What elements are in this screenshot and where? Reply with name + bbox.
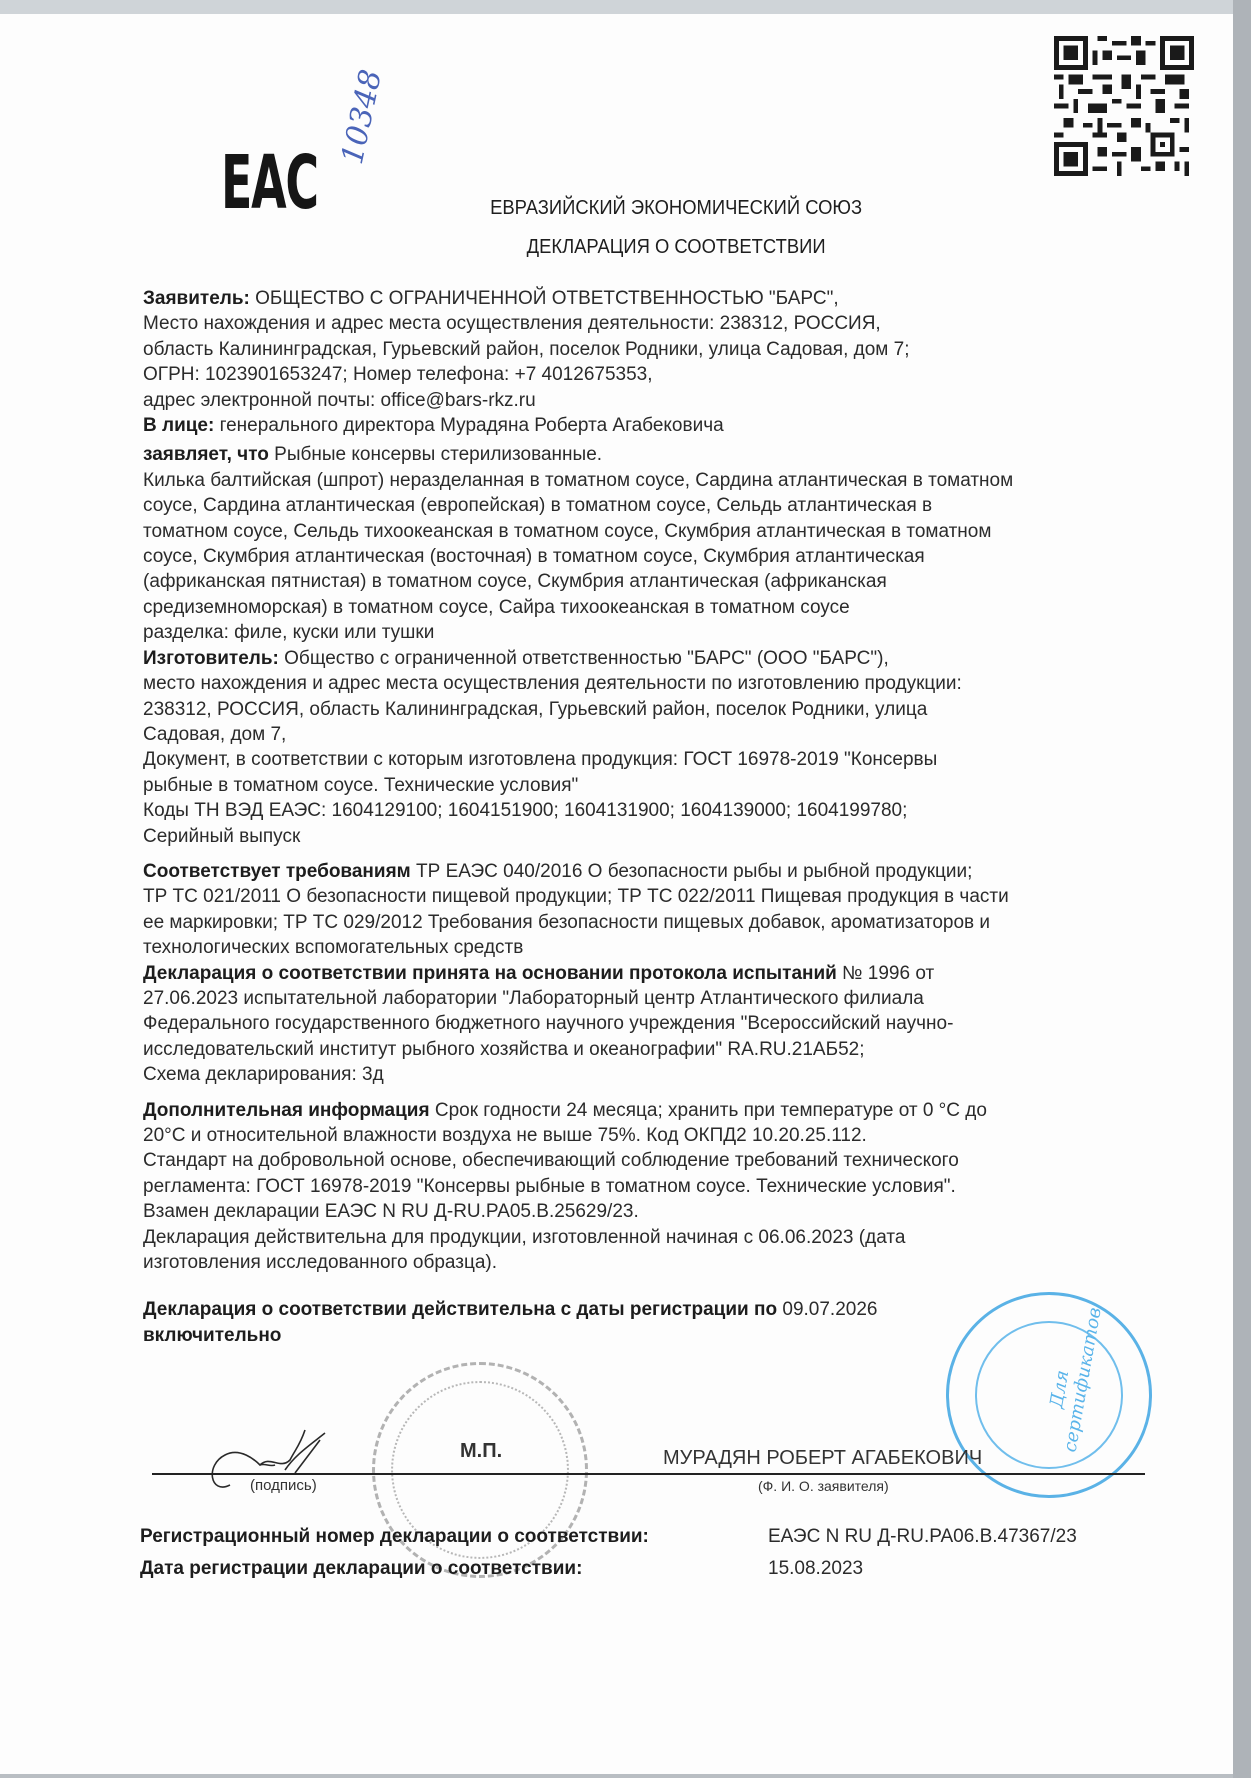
- applicant-address-1: Место нахождения и адрес места осуществл…: [143, 311, 1173, 336]
- registration-date-label: Дата регистрации декларации о соответств…: [140, 1558, 768, 1580]
- additional-detail: изготовления исследованного образца).: [143, 1250, 1173, 1275]
- applicant-ogrn-phone: ОГРН: 1023901653247; Номер телефона: +7 …: [143, 362, 1173, 387]
- seal-label: М.П.: [460, 1440, 502, 1463]
- representative-value: генерального директора Мурадяна Роберта …: [214, 415, 723, 436]
- union-title: ЕВРАЗИЙСКИЙ ЭКОНОМИЧЕСКИЙ СОЮЗ: [50, 197, 1201, 220]
- additional-detail: регламента: ГОСТ 16978-2019 "Консервы ры…: [143, 1174, 1173, 1199]
- requirements-line: Соответствует требованиям ТР ЕАЭС 040/20…: [143, 859, 1173, 884]
- requirements-first: ТР ЕАЭС 040/2016 О безопасности рыбы и р…: [411, 861, 973, 882]
- declares-label: заявляет, что: [143, 444, 269, 465]
- scan-right-margin: [1233, 0, 1251, 1778]
- product-line: Килька балтийская (шпрот) неразделанная …: [143, 468, 1173, 493]
- product-line: разделка: филе, куски или тушки: [143, 620, 1173, 645]
- basis-label: Декларация о соответствии принята на осн…: [143, 963, 837, 984]
- manufacturer-detail: Садовая, дом 7,: [143, 722, 1173, 747]
- additional-first: Срок годности 24 месяца; хранить при тем…: [430, 1100, 987, 1121]
- manufacturer-detail: рыбные в томатном соусе. Технические усл…: [143, 773, 1173, 798]
- validity-date: 09.07.2026: [777, 1299, 877, 1320]
- basis-detail: исследовательский институт рыбного хозяй…: [143, 1037, 1173, 1062]
- representative-label: В лице:: [143, 415, 214, 436]
- registration-number-row: Регистрационный номер декларации о соотв…: [140, 1526, 1077, 1548]
- requirements-detail: ее маркировки; ТР ТС 029/2012 Требования…: [143, 910, 1173, 935]
- qr-code-icon: [1054, 36, 1194, 176]
- applicant-email: адрес электронной почты: office@bars-rkz…: [143, 388, 1173, 413]
- signature-line: [152, 1473, 1145, 1475]
- product-line: средиземноморская) в томатном соусе, Сай…: [143, 595, 1173, 620]
- declares-line: заявляет, что Рыбные консервы стерилизов…: [143, 442, 1173, 467]
- signature-label: (подпись): [250, 1477, 317, 1494]
- applicant-fullname: МУРАДЯН РОБЕРТ АГАБЕКОВИЧ: [663, 1447, 982, 1470]
- manufacturer-detail: Документ, в соответствии с которым изгот…: [143, 747, 1173, 772]
- registration-date-value: 15.08.2023: [768, 1558, 863, 1579]
- additional-label: Дополнительная информация: [143, 1100, 430, 1121]
- manufacturer-detail: Коды ТН ВЭД ЕАЭС: 1604129100; 1604151900…: [143, 798, 1173, 823]
- additional-detail: Декларация действительна для продукции, …: [143, 1225, 1173, 1250]
- declaration-body: Заявитель: ОБЩЕСТВО С ОГРАНИЧЕННОЙ ОТВЕТ…: [143, 286, 1173, 1348]
- registration-date-row: Дата регистрации декларации о соответств…: [140, 1558, 863, 1580]
- product-line: томатном соусе, Сельдь тихоокеанская в т…: [143, 519, 1173, 544]
- product-line: соусе, Сардина атлантическая (европейска…: [143, 493, 1173, 518]
- basis-line: Декларация о соответствии принята на осн…: [143, 961, 1173, 986]
- basis-detail: 27.06.2023 испытательной лаборатории "Ла…: [143, 986, 1173, 1011]
- registration-number-label: Регистрационный номер декларации о соотв…: [140, 1526, 768, 1548]
- product-line: (африканская пятнистая) в томатном соусе…: [143, 569, 1173, 594]
- document-title: ДЕКЛАРАЦИЯ О СООТВЕТСТВИИ: [50, 236, 1201, 259]
- additional-line: Дополнительная информация Срок годности …: [143, 1098, 1173, 1123]
- manufacturer-line: Изготовитель: Общество с ограниченной от…: [143, 646, 1173, 671]
- applicant-line: Заявитель: ОБЩЕСТВО С ОГРАНИЧЕННОЙ ОТВЕТ…: [143, 286, 1173, 311]
- additional-detail: Взамен декларации ЕАЭС N RU Д-RU.PA05.B.…: [143, 1199, 1173, 1224]
- additional-detail: 20°С и относительной влажности воздуха н…: [143, 1123, 1173, 1148]
- manufacturer-detail: Серийный выпуск: [143, 824, 1173, 849]
- registration-number-value: ЕАЭС N RU Д-RU.PA06.B.47367/23: [768, 1526, 1077, 1547]
- requirements-detail: ТР ТС 021/2011 О безопасности пищевой пр…: [143, 884, 1173, 909]
- manufacturer-name: Общество с ограниченной ответственностью…: [279, 648, 889, 669]
- validity-label: Декларация о соответствии действительна …: [143, 1299, 777, 1320]
- applicant-address-2: область Калининградская, Гурьевский райо…: [143, 337, 1173, 362]
- basis-detail: Федерального государственного бюджетного…: [143, 1011, 1173, 1036]
- product-line: соусе, Скумбрия атлантическая (восточная…: [143, 544, 1173, 569]
- applicant-fullname-label: (Ф. И. О. заявителя): [758, 1478, 889, 1494]
- manufacturer-detail: 238312, РОССИЯ, область Калининградская,…: [143, 697, 1173, 722]
- basis-first: № 1996 от: [837, 963, 934, 984]
- requirements-detail: технологических вспомогательных средств: [143, 935, 1173, 960]
- basis-detail: Схема декларирования: 3д: [143, 1062, 1173, 1087]
- requirements-label: Соответствует требованиям: [143, 861, 411, 882]
- manufacturer-label: Изготовитель:: [143, 648, 279, 669]
- manufacturer-detail: место нахождения и адрес места осуществл…: [143, 671, 1173, 696]
- declares-product: Рыбные консервы стерилизованные.: [269, 444, 602, 465]
- applicant-label: Заявитель:: [143, 288, 250, 309]
- scan-top-margin: [0, 0, 1251, 14]
- additional-detail: Стандарт на добровольной основе, обеспеч…: [143, 1148, 1173, 1173]
- applicant-name: ОБЩЕСТВО С ОГРАНИЧЕННОЙ ОТВЕТСТВЕННОСТЬЮ…: [250, 288, 839, 309]
- representative-line: В лице: генерального директора Мурадяна …: [143, 413, 1173, 438]
